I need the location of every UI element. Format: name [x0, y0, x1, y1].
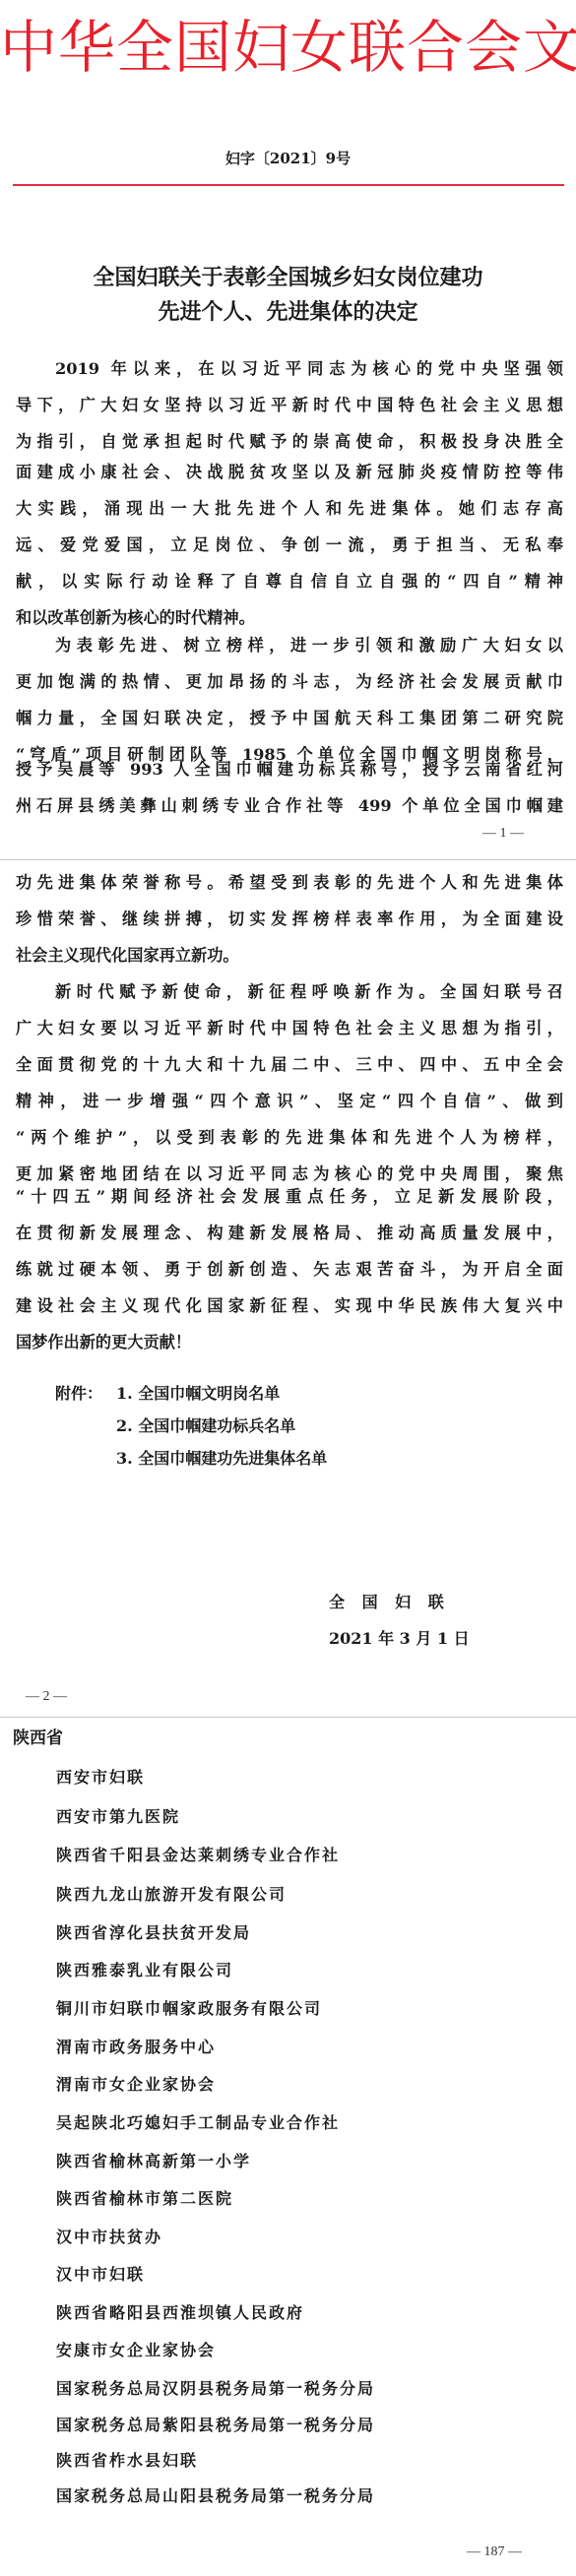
body-line: 国梦作出新的更大贡献！: [16, 1332, 563, 1353]
body-line: 精神，进一步增强“四个意识”、坚定“四个自信”、做到: [16, 1091, 563, 1112]
body-line: 建设社会主义现代化国家新征程、实现中华民族伟大复兴中: [16, 1295, 563, 1317]
document-title-line-2: 先进个人、先进集体的决定: [0, 297, 576, 327]
unit-list-item: 陕西九龙山旅游开发有限公司: [56, 1882, 287, 1905]
body-line: 功先进集体荣誉称号。希望受到表彰的先进个人和先进集体: [16, 872, 563, 894]
body-line: 新时代赋予新使命，新征程呼唤新作为。全国妇联号召: [55, 981, 563, 1003]
issue-date: 2021 年 3 月 1 日: [329, 1628, 470, 1650]
page-number-2: — 2 —: [26, 1689, 67, 1705]
unit-list-item: 国家税务总局山阳县税务局第一税务分局: [56, 2483, 375, 2506]
unit-list-item: 西安市妇联: [56, 1765, 145, 1788]
body-line: 更加饱满的热情、更加昂扬的斗志，为经济社会发展贡献巾: [16, 671, 563, 693]
body-line: 献，以实际行动诠释了自尊自信自立自强的“四自”精神: [16, 571, 563, 593]
body-line: 为指引，自觉承担起时代赋予的崇高使命，积极投身决胜全: [16, 431, 563, 453]
document-page-2: 功先进集体荣誉称号。希望受到表彰的先进个人和先进集体 珍惜荣誉、继续拼搏，切实发…: [0, 860, 576, 1718]
unit-list-item: 国家税务总局汉阴县税务局第一税务分局: [56, 2376, 375, 2399]
issuer-signature: 全 国 妇 联: [329, 1592, 450, 1613]
body-line: “十四五”期间经济社会发展重点任务，立足新发展阶段，: [16, 1186, 563, 1208]
body-line: “两个维护”，以受到表彰的先进集体和先进个人为榜样，: [16, 1127, 563, 1149]
body-line: 广大妇女要以习近平新时代中国特色社会主义思想为指引，: [16, 1018, 563, 1039]
unit-list-item: 吴起陕北巧媳妇手工制品专业合作社: [56, 2110, 340, 2133]
document-title-line-1: 全国妇联关于表彰全国城乡妇女岗位建功: [0, 263, 576, 292]
body-line: 更加紧密地团结在以习近平同志为核心的党中央周围，聚焦: [16, 1163, 563, 1185]
body-line: 州石屏县绣美彝山刺绣专业合作社等 499 个单位全国巾帼建: [16, 795, 563, 817]
unit-list-item: 陕西雅泰乳业有限公司: [56, 1958, 233, 1980]
unit-list-item: 安康市女企业家协会: [56, 2338, 216, 2360]
body-line: 为表彰先进、树立榜样，进一步引领和激励广大妇女以: [55, 635, 563, 657]
unit-list-item: 渭南市女企业家协会: [56, 2072, 216, 2095]
unit-list-item: 铜川市妇联巾帼家政服务有限公司: [56, 1996, 322, 2019]
body-line: 导下，广大妇女坚持以习近平新时代中国特色社会主义思想: [16, 395, 563, 416]
body-line: 全面贯彻党的十九大和十九届二中、三中、四中、五中全会: [16, 1054, 563, 1076]
document-page-187: 陕西省 西安市妇联 西安市第九医院 陕西省千阳县金达莱刺绣专业合作社 陕西九龙山…: [0, 1718, 576, 2576]
body-line: 授予吴晨等 993 人全国巾帼建功标兵称号，授予云南省红河: [16, 759, 563, 781]
unit-list-item: 陕西省千阳县金达莱刺绣专业合作社: [56, 1843, 340, 1865]
body-line: 在贯彻新发展理念、构建新发展格局、推动高质量发展中，: [16, 1223, 563, 1244]
unit-list-item: 渭南市政务服务中心: [56, 2035, 216, 2057]
body-line: 练就过硬本领、勇于创新创造、矢志艰苦奋斗，为开启全面: [16, 1259, 563, 1281]
unit-list-item: 陕西省榆林市第二医院: [56, 2186, 233, 2209]
body-line: 和以改革创新为核心的时代精神。: [16, 607, 563, 629]
attachments-label: 附件：: [55, 1383, 102, 1405]
attachment-item: 3. 全国巾帼建功先进集体名单: [116, 1448, 327, 1470]
body-line: 珍惜荣誉、继续拼搏，切实发挥榜样表率作用，为全面建设: [16, 909, 563, 930]
unit-list-item: 陕西省柞水县妇联: [56, 2448, 198, 2471]
body-line: 远、爱党爱国，立足岗位、争创一流，勇于担当、无私奉: [16, 534, 563, 556]
document-number: 妇字〔2021〕9号: [0, 148, 576, 168]
body-line: 2019 年以来，在以习近平同志为核心的党中央坚强领: [55, 358, 563, 380]
unit-list-item: 西安市第九医院: [56, 1804, 180, 1827]
attachment-item: 2. 全国巾帼建功标兵名单: [116, 1415, 295, 1437]
body-line: 大实践，涌现出一大批先进个人和先进集体。她们志存高: [16, 498, 563, 520]
unit-list-item: 汉中市扶贫办: [56, 2225, 162, 2247]
page-number-187: — 187 —: [467, 2545, 522, 2560]
body-line: 帼力量，全国妇联决定，授予中国航天科工集团第二研究院: [16, 708, 563, 729]
unit-list-item: 陕西省略阳县西淮坝镇人民政府: [56, 2300, 304, 2323]
unit-list-item: 汉中市妇联: [56, 2262, 145, 2285]
masthead-title: 中华全国妇女联合会文件: [0, 12, 576, 85]
body-line: 社会主义现代化国家再立新功。: [16, 945, 563, 967]
body-line: 面建成小康社会、决战脱贫攻坚以及新冠肺炎疫情防控等伟: [16, 462, 563, 483]
unit-list-item: 陕西省淳化县扶贫开发局: [56, 1920, 251, 1943]
province-heading: 陕西省: [13, 1724, 63, 1748]
unit-list-item: 国家税务总局紫阳县税务局第一税务分局: [56, 2413, 375, 2435]
page-number-1: — 1 —: [482, 826, 524, 842]
unit-list-item: 陕西省榆林高新第一小学: [56, 2149, 251, 2171]
attachment-item: 1. 全国巾帼文明岗名单: [116, 1383, 280, 1405]
document-page-1: 中华全国妇女联合会文件 妇字〔2021〕9号 全国妇联关于表彰全国城乡妇女岗位建…: [0, 0, 576, 860]
red-divider-line: [13, 184, 564, 186]
